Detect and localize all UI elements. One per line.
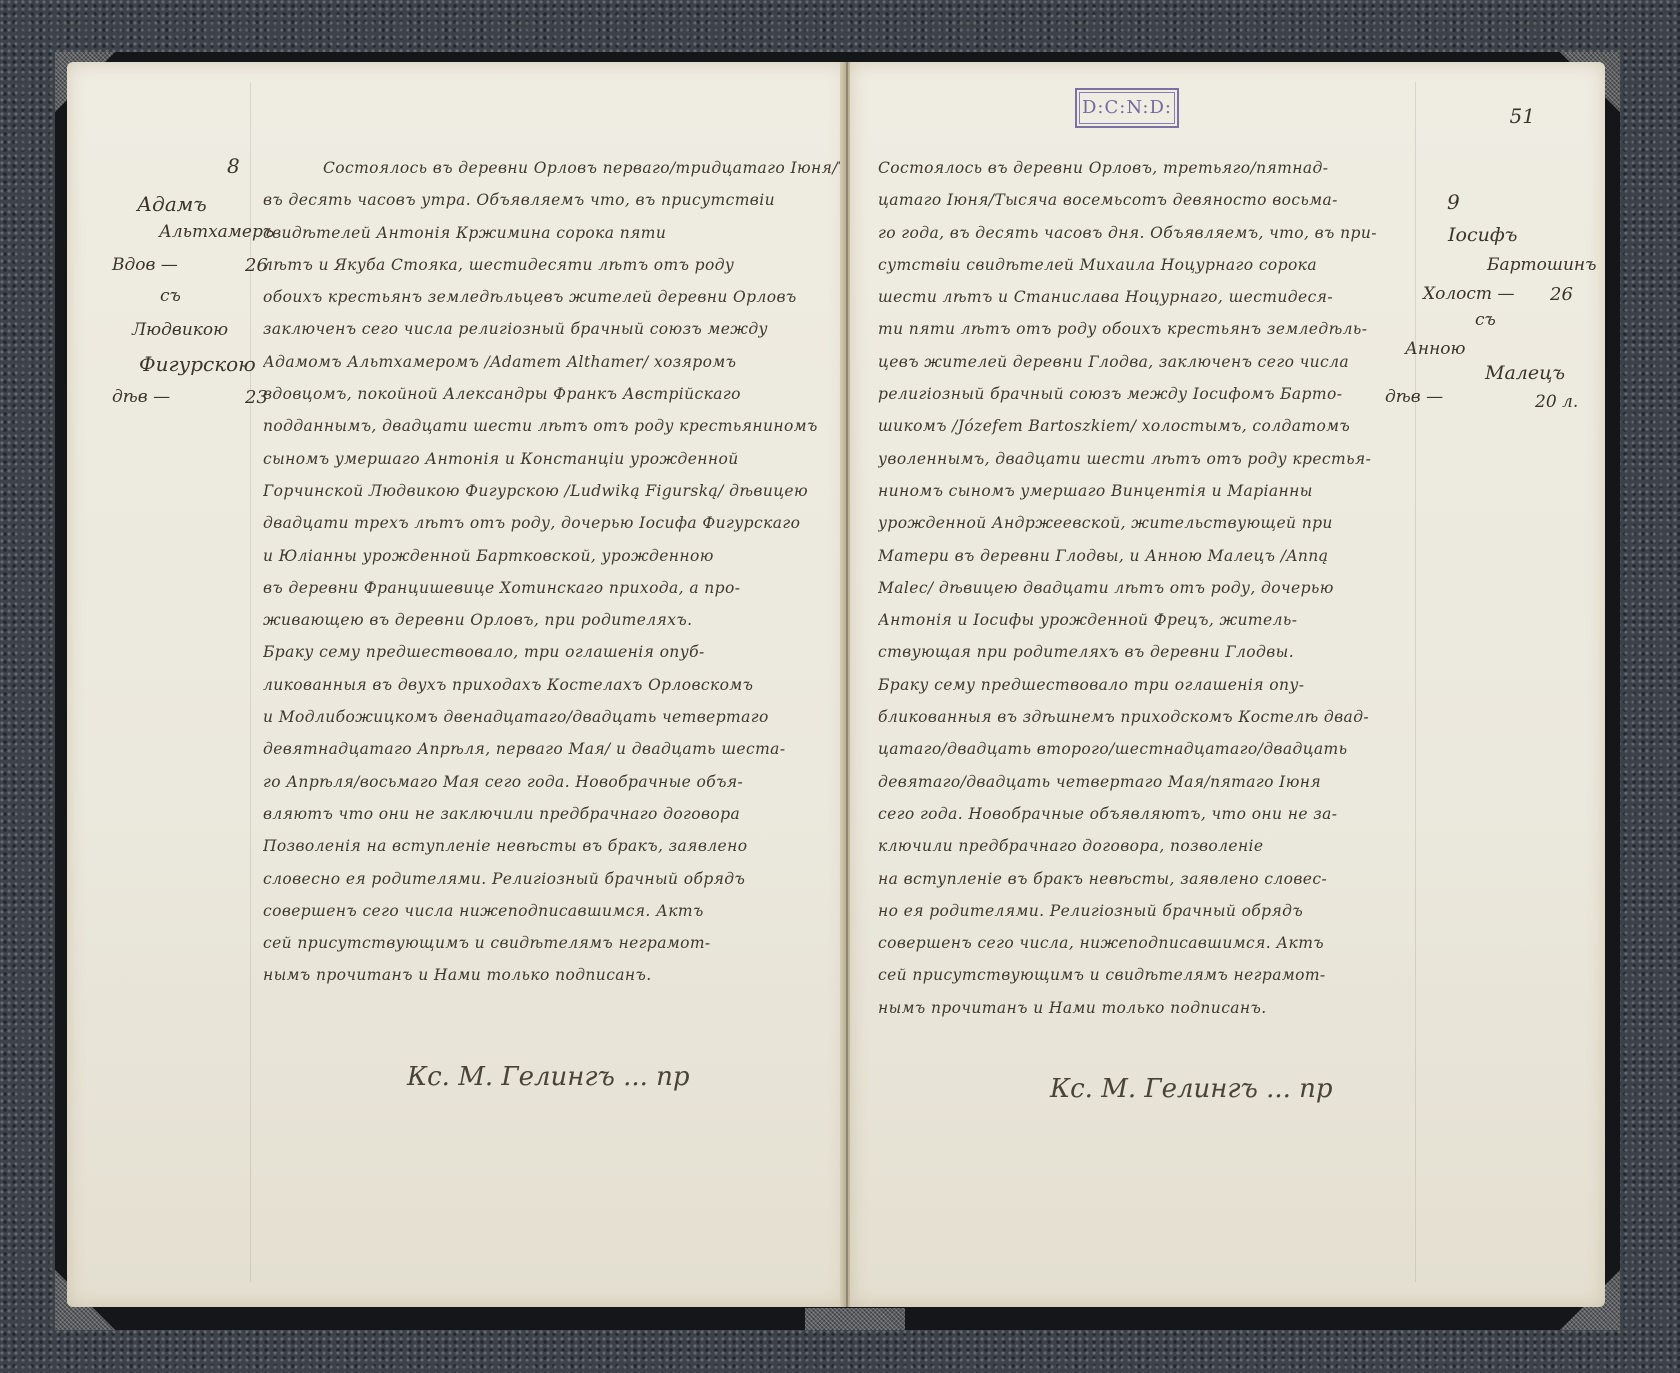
text-line: цевъ жителей деревни Глодва, заключенъ с… (878, 346, 1418, 378)
bride-surname: Малецъ (1485, 362, 1565, 384)
text-line: и Модлибожицкомъ двенадцатаго/двадцать ч… (263, 701, 843, 733)
text-line: Состоялось въ деревни Орловъ перваго/три… (263, 152, 843, 184)
text-line: заключенъ сего числа религіозный брачный… (263, 313, 843, 345)
conjunction-with: съ (1475, 310, 1496, 330)
text-line: ниномъ сыномъ умершаго Винцентія и Маріа… (878, 475, 1418, 507)
text-line: но ея родителями. Религіозный брачный об… (878, 895, 1418, 927)
text-line: подданнымъ, двадцати шести лѣтъ отъ роду… (263, 410, 843, 442)
bride-status: дѣв — (112, 387, 170, 407)
text-line: ствующая при родителяхъ въ деревни Глодв… (878, 636, 1418, 668)
groom-first-name: Іосифъ (1448, 224, 1517, 246)
spine-binding-bottom (805, 1308, 905, 1330)
text-line: Матери въ деревни Глодвы, и Анною Малецъ… (878, 540, 1418, 572)
open-register-book: 8 Адамъ Альтхамеръ Вдов — 26 съ Людвикою… (55, 52, 1620, 1330)
text-line: го года, въ десять часовъ дня. Объявляем… (878, 217, 1418, 249)
text-line: девятаго/двадцать четвертаго Мая/пятаго … (878, 766, 1418, 798)
left-margin-names: 8 Адамъ Альтхамеръ Вдов — 26 съ Людвикою… (67, 62, 257, 462)
text-line: обоихъ крестьянъ земледѣльцевъ жителей д… (263, 281, 843, 313)
text-line: нымъ прочитанъ и Нами только подписанъ. (263, 959, 843, 991)
text-line: свидѣтелей Антонія Кржимина сорока пяти (263, 217, 843, 249)
text-line: Адамомъ Альтхамеромъ /Adamem Althamer/ х… (263, 346, 843, 378)
right-entry-text: Состоялось въ деревни Орловъ, третьяго/п… (878, 152, 1418, 1024)
text-line: шикомъ /Józefem Bartoszkiem/ холостымъ, … (878, 410, 1418, 442)
text-line: вдовцомъ, покойной Александры Франкъ Авс… (263, 378, 843, 410)
bride-first-name: Анною (1405, 339, 1465, 359)
text-line: нымъ прочитанъ и Нами только подписанъ. (878, 992, 1418, 1024)
left-entry-text: Состоялось въ деревни Орловъ перваго/три… (263, 152, 843, 992)
text-line: Malec/ дѣвицею двадцати лѣтъ отъ роду, д… (878, 572, 1418, 604)
text-line: сего года. Новобрачные объявляютъ, что о… (878, 798, 1418, 830)
text-line: Браку сему предшествовало, три оглашенія… (263, 636, 843, 668)
bride-first-name: Людвикою (132, 320, 228, 340)
text-line: вляютъ что они не заключили предбрачнаго… (263, 798, 843, 830)
text-line: сей присутствующимъ и свидѣтелямъ неграм… (263, 927, 843, 959)
text-line: уволеннымъ, двадцати шести лѣтъ отъ роду… (878, 443, 1418, 475)
entry-number: 9 (1447, 190, 1460, 214)
groom-surname: Альтхамеръ (159, 222, 274, 242)
text-line: религіозный брачный союзъ между Іосифомъ… (878, 378, 1418, 410)
text-line: совершенъ сего числа, нижеподписавшимся.… (878, 927, 1418, 959)
entry-number: 8 (227, 154, 240, 178)
text-line: Антонія и Іосифы урожденной Фрецъ, жител… (878, 604, 1418, 636)
text-line: Горчинской Людвикою Фигурскою /Ludwiką F… (263, 475, 843, 507)
conjunction-with: съ (160, 286, 181, 306)
groom-first-name: Адамъ (137, 192, 207, 216)
text-line: цатаго/двадцать второго/шестнадцатаго/дв… (878, 733, 1418, 765)
text-line: ключили предбрачнаго договора, позволені… (878, 830, 1418, 862)
text-line: на вступленіе въ бракъ невѣсты, заявлено… (878, 863, 1418, 895)
text-line: совершенъ сего числа нижеподписавшимся. … (263, 895, 843, 927)
right-page: 51 Состоялось въ деревни Орловъ, третьяг… (850, 62, 1605, 1307)
text-line: двадцати трехъ лѣтъ отъ роду, дочерью Іо… (263, 507, 843, 539)
bride-surname: Фигурскою (139, 352, 256, 376)
text-line: сыномъ умершаго Антонія и Констанціи уро… (263, 443, 843, 475)
text-line: Позволенія на вступленіе невѣсты въ брак… (263, 830, 843, 862)
archive-stamp: D:C:N:D: (1075, 88, 1179, 128)
bride-status: дѣв — (1385, 387, 1443, 407)
text-line: девятнадцатаго Апрѣля, перваго Мая/ и дв… (263, 733, 843, 765)
text-line: бликованныя въ здѣшнемъ приходскомъ Кост… (878, 701, 1418, 733)
priest-signature: Кс. М. Гелингъ ... пр (1050, 1074, 1333, 1104)
text-line: въ десять часовъ утра. Объявляемъ что, в… (263, 184, 843, 216)
text-line: урожденной Андржеевской, жительствующей … (878, 507, 1418, 539)
text-line: лѣтъ и Якуба Стояка, шестидесяти лѣтъ от… (263, 249, 843, 281)
text-line: го Апрѣля/восьмаго Мая сего года. Новобр… (263, 766, 843, 798)
text-line: шести лѣтъ и Станислава Ноцурнаго, шести… (878, 281, 1418, 313)
text-line: Браку сему предшествовало три оглашенія … (878, 669, 1418, 701)
priest-signature: Кс. М. Гелингъ ... пр (407, 1062, 690, 1092)
left-page: 8 Адамъ Альтхамеръ Вдов — 26 съ Людвикою… (67, 62, 847, 1307)
text-line: словесно ея родителями. Религіозный брач… (263, 863, 843, 895)
text-line: сутствіи свидѣтелей Михаила Ноцурнаго со… (878, 249, 1418, 281)
text-line: и Юліанны урожденной Бартковской, урожде… (263, 540, 843, 572)
text-line: въ деревни Францишевице Хотинскаго прихо… (263, 572, 843, 604)
text-line: сей присутствующимъ и свидѣтелямъ неграм… (878, 959, 1418, 991)
bride-age: 20 л. (1535, 392, 1578, 412)
right-margin-names: 9 Іосифъ Бартошинъ Холост — 26 съ Анною … (1415, 62, 1605, 462)
text-line: Состоялось въ деревни Орловъ, третьяго/п… (878, 152, 1418, 184)
text-line: ликованныя въ двухъ приходахъ Костелахъ … (263, 669, 843, 701)
groom-surname: Бартошинъ (1487, 255, 1596, 275)
groom-status: Холост — (1423, 284, 1514, 304)
text-line: живающею въ деревни Орловъ, при родителя… (263, 604, 843, 636)
text-line: ти пяти лѣтъ отъ роду обоихъ крестьянъ з… (878, 313, 1418, 345)
groom-age: 26 (1550, 284, 1573, 305)
text-line: цатаго Іюня/Тысяча восемьсотъ девяносто … (878, 184, 1418, 216)
groom-status: Вдов — (112, 255, 178, 275)
